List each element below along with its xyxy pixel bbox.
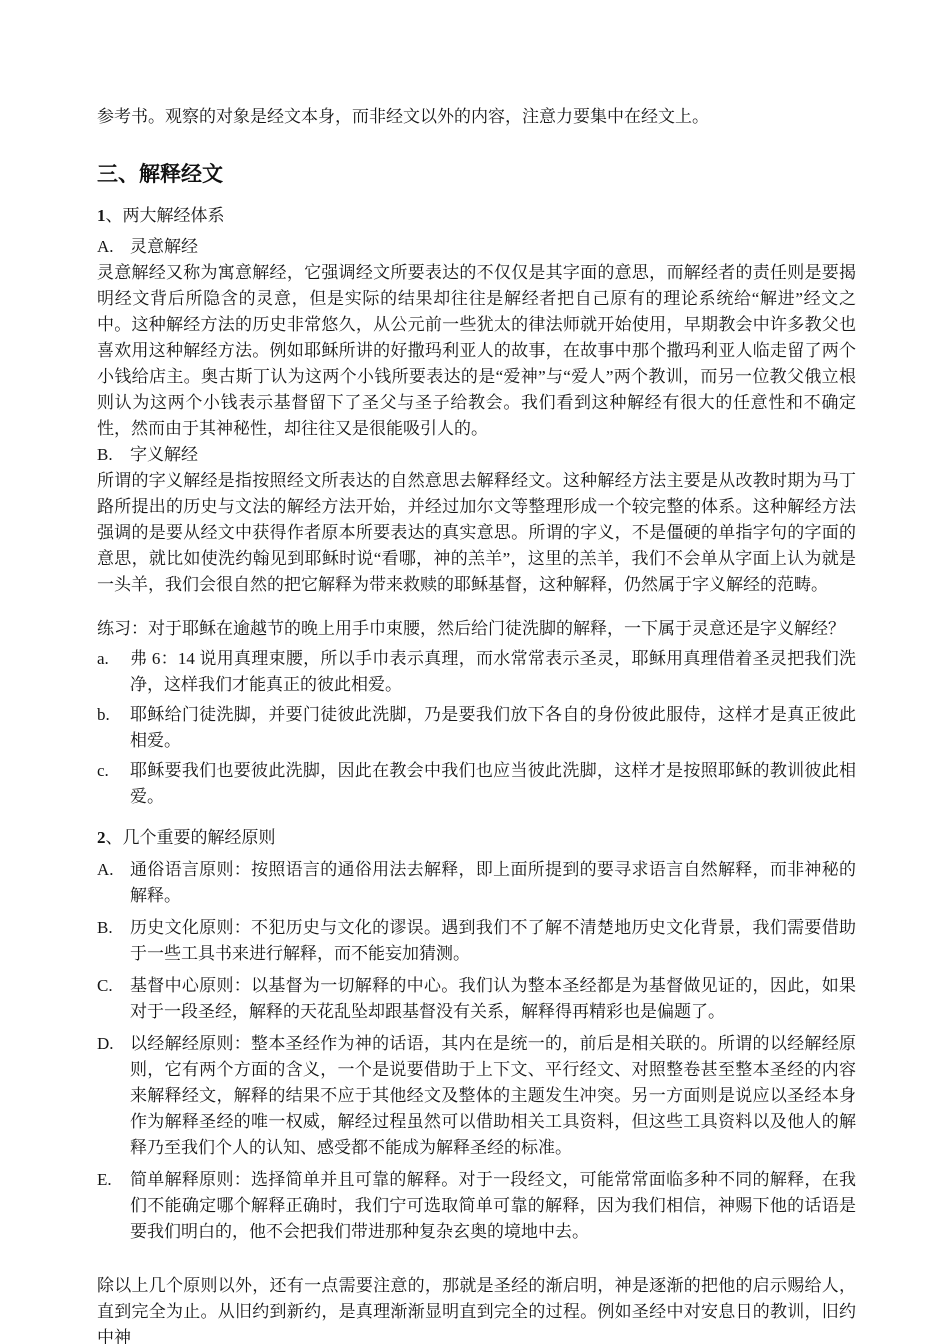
exercise-intro: 练习：对于耶稣在逾越节的晚上用手巾束腰，然后给门徒洗脚的解释，一下属于灵意还是字… [97,616,856,642]
exercise-option-c-text: 耶稣要我们也要彼此洗脚，因此在教会中我们也应当彼此洗脚，这样才是按照耶稣的教训彼… [130,761,856,806]
principle-b-marker: B. [97,915,113,941]
subsection-1-title: 两大解经体系 [123,206,225,225]
principle-c-marker: C. [97,973,113,999]
closing-paragraph: 除以上几个原则以外，还有一点需要注意的，那就是圣经的渐启明，神是逐渐的把他的启示… [97,1273,856,1344]
item-a-marker: A. [97,234,130,260]
subsection-1-number: 1 [97,206,106,225]
principle-a-marker: A. [97,857,114,883]
item-b-header: B.字义解经 [97,442,856,468]
subsection-2-number: 2 [97,828,106,847]
principle-d-text: 以经解经原则：整本圣经作为神的话语，其内在是统一的，前后是相关联的。所谓的以经解… [130,1034,856,1157]
exercise-option-b: b.耶稣给门徒洗脚，并要门徒彼此洗脚，乃是要我们放下各自的身份彼此服侍，这样才是… [97,702,856,754]
subsection-2-heading: 2、几个重要的解经原则 [97,825,856,851]
item-a-header: A.灵意解经 [97,234,856,260]
subsection-2-separator: 、 [106,828,123,847]
item-b-body: 所谓的字义解经是指按照经文所表达的自然意思去解释经文。这种解经方法主要是从改教时… [97,468,856,598]
principle-d-marker: D. [97,1031,114,1057]
principle-c: C.基督中心原则：以基督为一切解释的中心。我们认为整本圣经都是为基督做见证的，因… [97,973,856,1025]
item-b-title: 字义解经 [130,445,198,464]
subsection-1-heading: 1、两大解经体系 [97,203,856,229]
principle-a-text: 通俗语言原则：按照语言的通俗用法去解释，即上面所提到的要寻求语言自然解释，而非神… [130,860,856,905]
exercise-option-c: c.耶稣要我们也要彼此洗脚，因此在教会中我们也应当彼此洗脚，这样才是按照耶稣的教… [97,758,856,810]
exercise-option-a-marker: a. [97,646,109,672]
principle-e-text: 简单解释原则：选择简单并且可靠的解释。对于一段经文，可能常常面临多种不同的解释，… [130,1170,856,1241]
intro-paragraph: 参考书。观察的对象是经文本身，而非经文以外的内容，注意力要集中在经文上。 [97,104,856,130]
item-a-body: 灵意解经又称为寓意解经，它强调经文所要表达的不仅仅是其字面的意思，而解经者的责任… [97,260,856,442]
principle-a: A.通俗语言原则：按照语言的通俗用法去解释，即上面所提到的要寻求语言自然解释，而… [97,857,856,909]
item-b-marker: B. [97,442,130,468]
subsection-2-title: 几个重要的解经原则 [123,828,276,847]
item-a-title: 灵意解经 [130,237,198,256]
principle-b: B.历史文化原则：不犯历史与文化的谬误。遇到我们不了解不清楚地历史文化背景，我们… [97,915,856,967]
exercise-option-a: a.弗 6：14 说用真理束腰，所以手巾表示真理，而水常常表示圣灵，耶稣用真理借… [97,646,856,698]
subsection-1-separator: 、 [106,206,123,225]
exercise-option-c-marker: c. [97,758,109,784]
document-page: 参考书。观察的对象是经文本身，而非经文以外的内容，注意力要集中在经文上。 三、解… [0,0,950,1344]
principle-e-marker: E. [97,1167,112,1193]
exercise-option-b-marker: b. [97,702,110,728]
principle-d: D.以经解经原则：整本圣经作为神的话语，其内在是统一的，前后是相关联的。所谓的以… [97,1031,856,1161]
exercise-option-a-text: 弗 6：14 说用真理束腰，所以手巾表示真理，而水常常表示圣灵，耶稣用真理借着圣… [130,649,856,694]
principle-b-text: 历史文化原则：不犯历史与文化的谬误。遇到我们不了解不清楚地历史文化背景，我们需要… [130,918,856,963]
section-heading: 三、解释经文 [97,160,856,190]
principle-c-text: 基督中心原则：以基督为一切解释的中心。我们认为整本圣经都是为基督做见证的，因此，… [130,976,856,1021]
principle-e: E.简单解释原则：选择简单并且可靠的解释。对于一段经文，可能常常面临多种不同的解… [97,1167,856,1245]
exercise-option-b-text: 耶稣给门徒洗脚，并要门徒彼此洗脚，乃是要我们放下各自的身份彼此服侍，这样才是真正… [130,705,856,750]
